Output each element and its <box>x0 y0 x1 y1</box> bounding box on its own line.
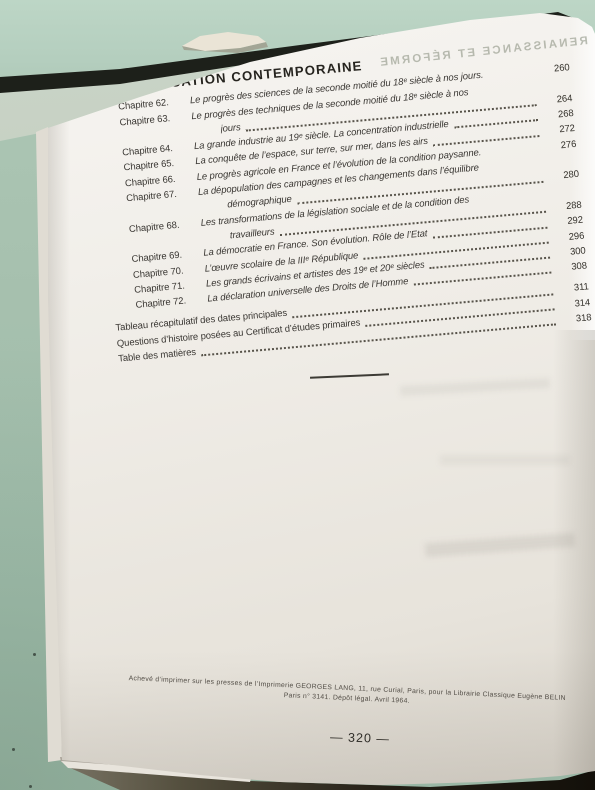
table-of-contents: LA CIVILISATION CONTEMPORAINE Chapitre 6… <box>90 40 592 367</box>
toc-page-number: 308 <box>554 259 587 277</box>
photo-of-book-page: RENAISSANCE ET RÉFORME LA CIVILISATION C… <box>0 0 595 790</box>
section-divider-rule <box>310 373 389 378</box>
surface-speck <box>33 653 36 656</box>
printed-page: RENAISSANCE ET RÉFORME LA CIVILISATION C… <box>0 0 595 790</box>
toc-page-number: 318 <box>559 310 592 328</box>
toc-chapter-title: jours <box>220 120 241 137</box>
showthrough-smudge <box>440 455 570 465</box>
showthrough-smudge <box>400 378 550 396</box>
surface-speck <box>12 748 15 751</box>
surface-speck <box>29 785 32 788</box>
